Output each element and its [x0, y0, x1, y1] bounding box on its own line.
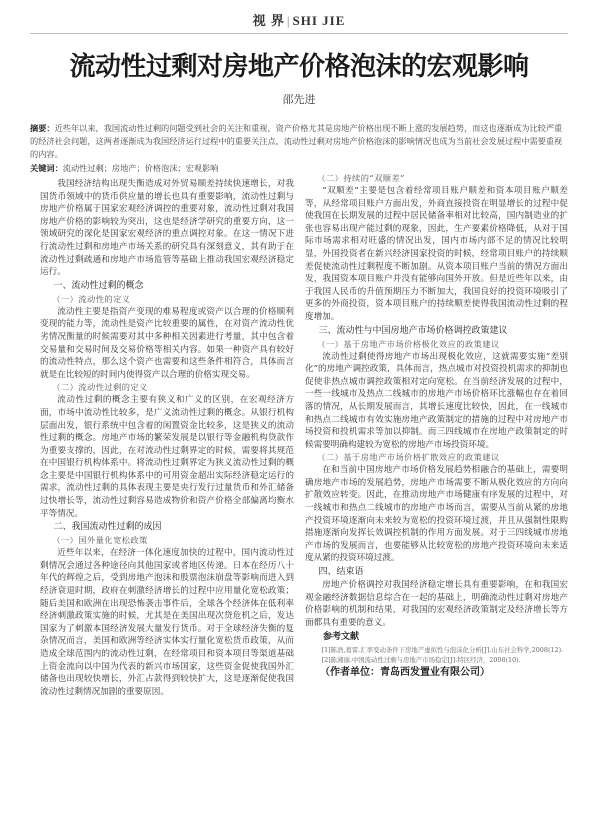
subsection-heading: （二）流动性过剩的定义	[40, 381, 294, 394]
article-title: 流动性过剩对房地产价格泡沫的宏观影响	[0, 46, 598, 83]
body-paragraph: 在和当前中国房地产市场价格发展趋势相融合的基础上，需要明确房地产市场的发展趋势，…	[305, 464, 568, 565]
keywords-text: 流动性过剩；房地产；价格泡沫；宏观影响	[63, 163, 219, 173]
author-affiliation: （作者单位：青岛西发置业有限公司）	[305, 667, 568, 680]
header-rule	[30, 33, 568, 34]
subsection-heading: （一）国外量化宽松政策	[40, 534, 294, 547]
body-paragraph: 流动性主要是指资产变现的难易程度或资产以合理的价格顺利变现的能力等，流动性是资产…	[40, 306, 294, 382]
references-title: 参考文献	[305, 631, 568, 644]
abstract: 摘要：近些年以来，我国流动性过剩的问题受到社会的关注和重视，资产价格尤其是房地产…	[30, 122, 570, 162]
intro-paragraph: 我国经济结构出现失衡造成对外贸易顺差持续快速增长，对我国货币领域中的货币供应量的…	[40, 178, 294, 279]
subsection-heading: （一）流动性的定义	[40, 293, 294, 306]
body-paragraph: 流动性过剩使得房地产市场出现极化效应，这就需要实施“差别化”的房地产调控政策，具…	[305, 351, 568, 452]
section-heading: 一、流动性过剩的概念	[40, 279, 294, 293]
body-paragraph: 流动性过剩的概念主要有狭义和广义的区别，在宏观经济方面，市场中流动性比较多，是广…	[40, 394, 294, 520]
header-separator: |	[287, 13, 291, 28]
section-name-cn: 视 界	[253, 13, 285, 28]
subsection-heading: （二）持续的“双顺差”	[305, 172, 568, 185]
body-paragraph: 近些年以来，在经济一体化速度加快的过程中，国内流动性过剩情况会通过各种途径向其他…	[40, 547, 294, 698]
abstract-text: 近些年以来，我国流动性过剩的问题受到社会的关注和重视，资产价格尤其是房地产价格出…	[30, 123, 562, 159]
reference-item: [2]陈湘丽.中国流动性过剩与房地产市场稳定[J].特区经济，2008(10).	[305, 655, 568, 665]
author-name: 邵先进	[0, 91, 598, 107]
section-heading: 四、结束语	[305, 565, 568, 579]
right-column: （二）持续的“双顺差” “双顺差”主要是包含着经常项目账户顺差和资本项目账户顺差…	[305, 172, 568, 680]
body-paragraph: “双顺差”主要是包含着经常项目账户顺差和资本项目账户顺差等，从经常项目账户方面出…	[305, 185, 568, 324]
left-column: 我国经济结构出现失衡造成对外贸易顺差持续快速增长，对我国货币领域中的货币供应量的…	[40, 178, 294, 698]
body-paragraph: 房地产价格调控对我国经济稳定增长具有重要影响，在和我国宏观金融经济数据信息综合在…	[305, 579, 568, 629]
subsection-heading: （一）基于房地产市场价格极化效应的政策建议	[305, 338, 568, 351]
keywords-label: 关键词：	[30, 163, 63, 173]
section-heading: 三、流动性与中国房地产市场价格调控政策建议	[305, 324, 568, 338]
section-name-en: SHI JIE	[292, 13, 345, 28]
subsection-heading: （二）基于房地产市场价格扩散效应的政策建议	[305, 451, 568, 464]
abstract-label: 摘要：	[30, 123, 55, 133]
reference-item: [1]陈浩,葛雷.汇率变动条件下房地产虚拟性与泡沫化分析[J].山东社会科学,2…	[305, 645, 568, 655]
section-heading: 二、我国流动性过剩的成因	[40, 520, 294, 534]
journal-section-header: 视 界|SHI JIE	[0, 10, 598, 29]
abstract-block: 摘要：近些年以来，我国流动性过剩的问题受到社会的关注和重视，资产价格尤其是房地产…	[30, 122, 570, 175]
